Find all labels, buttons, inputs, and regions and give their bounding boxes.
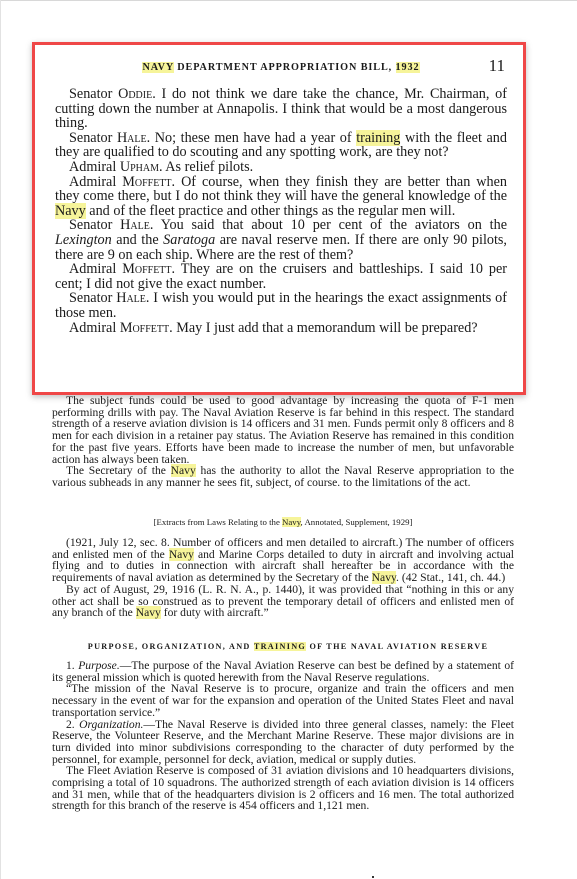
speaker-name: Moffett	[122, 261, 171, 277]
paragraph: The Fleet Aviation Reserve is composed o…	[52, 765, 514, 812]
paragraph: By act of August, 29, 1916 (L. R. N. A.,…	[52, 584, 514, 619]
paragraph: (1921, July 12, sec. 8. Number of office…	[52, 537, 514, 584]
speaker-name: Hale	[116, 290, 146, 306]
paragraph: Admiral Moffett. They are on the cruiser…	[55, 262, 507, 291]
running-head: NAVY DEPARTMENT APPROPRIATION BILL, 1932…	[55, 59, 507, 77]
search-highlight: Navy	[136, 606, 161, 619]
text-run: Saratoga	[163, 232, 215, 248]
body-section-purpose: 1. Purpose.—The purpose of the Naval Avi…	[52, 660, 514, 812]
extract-note: [Extracts from Laws Relating to the Navy…	[52, 517, 514, 527]
text-run: for duty with aircraft.”	[161, 606, 269, 619]
paragraph: Senator Hale. You said that about 10 per…	[55, 218, 507, 262]
scan-speck	[372, 876, 374, 878]
speaker-name: Moffett	[120, 320, 169, 336]
search-highlight: 1932	[396, 62, 420, 73]
paragraph: Senator Oddie. I do not think we dare ta…	[55, 87, 507, 131]
text-run: Admiral	[69, 320, 120, 336]
text-run: Senator	[69, 86, 118, 102]
speaker-name: Hale	[120, 217, 150, 233]
speaker-name: Hale	[117, 130, 147, 146]
document-page: NAVY DEPARTMENT APPROPRIATION BILL, 1932…	[0, 0, 577, 879]
text-run: OF THE NAVAL AVIATION RESERVE	[306, 642, 488, 651]
text-run: , Annotated, Supplement, 1929]	[301, 517, 413, 527]
text-run: The subject funds could be used to good …	[52, 394, 514, 466]
text-run: [Extracts from Laws Relating to the	[154, 517, 283, 527]
section-heading: PURPOSE, ORGANIZATION, AND TRAINING OF T…	[62, 642, 514, 651]
running-head-title: NAVY DEPARTMENT APPROPRIATION BILL, 1932	[142, 62, 419, 73]
text-run: Admiral	[69, 261, 122, 277]
text-run: —The purpose of the Naval Aviation Reser…	[52, 659, 514, 684]
callout-transcript: Senator Oddie. I do not think we dare ta…	[55, 87, 507, 335]
text-run: The Fleet Aviation Reserve is composed o…	[52, 764, 514, 812]
text-run: . You said that about 10 per cent of the…	[150, 217, 507, 233]
paragraph: “The mission of the Naval Reserve is to …	[52, 683, 514, 718]
highlight-callout-box: NAVY DEPARTMENT APPROPRIATION BILL, 1932…	[32, 42, 526, 395]
text-run: Senator	[69, 217, 120, 233]
paragraph: Senator Hale. No; these men have had a y…	[55, 131, 507, 160]
paragraph: Senator Hale. I wish you would put in th…	[55, 291, 507, 320]
search-highlight: TRAINING	[254, 642, 306, 651]
text-run: . May I just add that a memorandum will …	[169, 320, 477, 336]
speaker-name: Oddie	[118, 86, 152, 102]
text-run: and of the fleet practice and other thin…	[86, 203, 456, 219]
speaker-name: Moffett	[122, 174, 171, 190]
text-run: . No; these men have had a year of	[147, 130, 357, 146]
text-run: By act of August, 29, 1916 (L. R. N. A.,…	[52, 583, 514, 619]
body-section-funds: The subject funds could be used to good …	[52, 395, 514, 489]
text-run: . As relief pilots.	[159, 159, 253, 175]
body-section-law: (1921, July 12, sec. 8. Number of office…	[52, 537, 514, 619]
search-highlight: NAVY	[142, 62, 173, 73]
paragraph: Admiral Moffett. May I just add that a m…	[55, 321, 507, 336]
text-run: Admiral	[69, 159, 120, 175]
paragraph: Admiral Moffett. Of course, when they fi…	[55, 175, 507, 219]
search-highlight: Navy	[282, 517, 300, 527]
paragraph: 1. Purpose.—The purpose of the Naval Avi…	[52, 660, 514, 683]
text-run: Senator	[69, 290, 116, 306]
paragraph: The subject funds could be used to good …	[52, 395, 514, 465]
text-run: Senator	[69, 130, 117, 146]
text-run: DEPARTMENT APPROPRIATION BILL,	[174, 62, 396, 73]
speaker-name: Upham	[120, 159, 159, 175]
text-run: “The mission of the Naval Reserve is to …	[52, 682, 514, 718]
paragraph: The Secretary of the Navy has the author…	[52, 465, 514, 488]
search-highlight: training	[356, 130, 400, 146]
text-run: Admiral	[69, 174, 122, 190]
text-run: PURPOSE, ORGANIZATION, AND	[88, 642, 254, 651]
paragraph: 2. Organization.—The Naval Reserve is di…	[52, 719, 514, 766]
paragraph: Admiral Upham. As relief pilots.	[55, 160, 507, 175]
search-highlight: Navy	[55, 203, 86, 219]
page-number: 11	[489, 57, 505, 75]
text-run: and the	[112, 232, 163, 248]
text-run: Lexington	[55, 232, 112, 248]
